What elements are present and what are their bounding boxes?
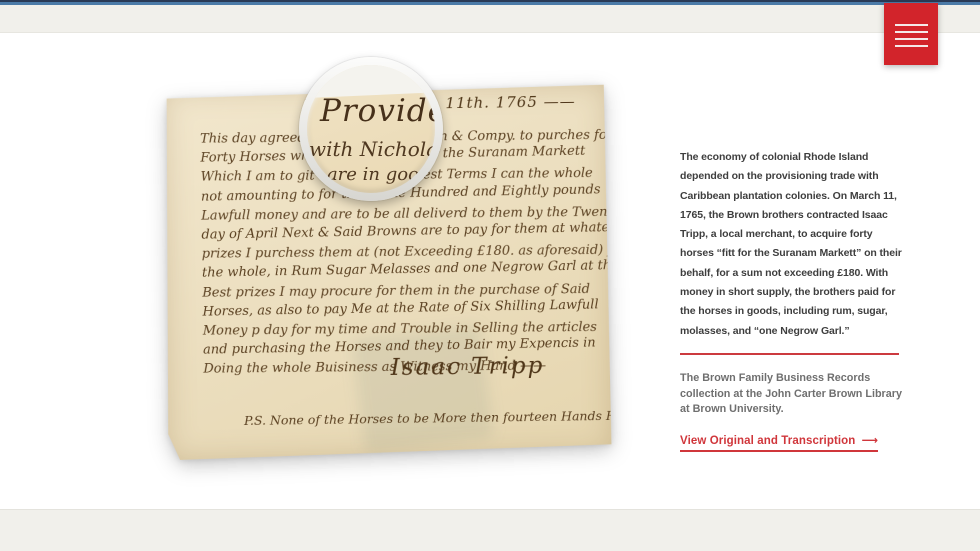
header-band (0, 5, 980, 33)
hamburger-line (895, 45, 928, 47)
document-postscript: P.S. None of the Horses to be More then … (244, 407, 666, 428)
magnified-fragment: t are in good (314, 164, 430, 185)
collection-caption: The Brown Family Business Records collec… (680, 371, 906, 418)
menu-button[interactable] (884, 3, 938, 65)
magnifier-view: Providen with Nichola t are in good (307, 65, 435, 193)
hamburger-line (895, 31, 928, 33)
hamburger-line (895, 38, 928, 40)
magnified-fragment: with Nichola (309, 137, 435, 161)
red-divider (680, 353, 899, 355)
document-signature: Isaac Tripp (391, 353, 545, 381)
view-original-link-label: View Original and Transcription (680, 435, 855, 447)
info-panel: The economy of colonial Rhode Island dep… (680, 148, 906, 452)
footer-band (0, 509, 980, 551)
magnified-word: Providen (320, 93, 435, 129)
page: Providen March 11th. 1765 —— This day ag… (0, 0, 980, 551)
hamburger-icon (884, 24, 938, 47)
description-paragraph: The economy of colonial Rhode Island dep… (680, 148, 906, 341)
right-arrow-icon: ⟶ (861, 433, 878, 447)
magnifier-lens[interactable]: Providen with Nichola t are in good (299, 57, 443, 201)
hamburger-line (895, 24, 928, 26)
view-original-link[interactable]: View Original and Transcription⟶ (680, 433, 878, 452)
